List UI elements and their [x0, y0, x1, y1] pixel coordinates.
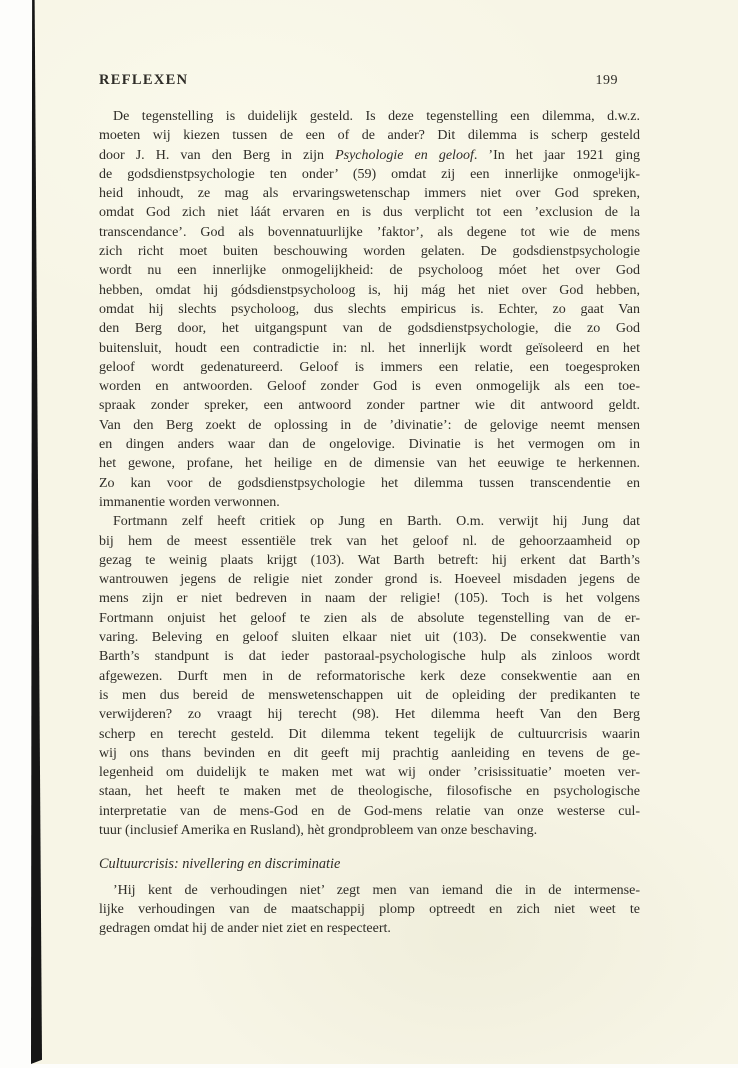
text-line: tuur (inclusief Amerika en Rusland), hèt…	[99, 821, 640, 840]
text-line: staan, het heeft te maken met de theolog…	[99, 782, 640, 801]
text-line: het gewone, profane, het heilige en de d…	[99, 454, 640, 473]
text-line: mens zijn er niet bedreven in naam der r…	[99, 589, 640, 608]
text-line: scherp en terecht gesteld. Dit dilemma t…	[99, 725, 640, 744]
text-line: worden en antwoorden. Geloof zonder God …	[99, 377, 640, 396]
paragraph-1: De tegenstelling is duidelijk gesteld. I…	[99, 107, 640, 512]
text-line: De tegenstelling is duidelijk gesteld. I…	[99, 107, 640, 126]
text-line: Zo kan voor de godsdienstpsychologie het…	[99, 474, 640, 493]
text-line: Fortmann onjuist het geloof te zien als …	[99, 609, 640, 628]
text-line: afgewezen. Durft men in de reformatorisc…	[99, 667, 640, 686]
text-line: geloof wordt gedenatureerd. Geloof is im…	[99, 358, 640, 377]
text-line: de godsdienstpsychologie ten onder’ (59)…	[99, 165, 640, 184]
text-segment: . ’In het jaar 1921 ging	[474, 148, 640, 163]
text-line: gezag te weinig plaats krijgt (103). Wat…	[99, 551, 640, 570]
scanned-book-page: REFLEXEN 199 De tegenstelling is duideli…	[0, 0, 738, 1068]
text-line: wordt nu een innerlijke onmogelijkheid: …	[99, 261, 640, 280]
text-line: buitensluit, houdt een contradictie in: …	[99, 339, 640, 358]
text-line: is men dus bereid de menswetenschappen u…	[99, 686, 640, 705]
text-line-with-book-title: door J. H. van den Berg in zijn Psycholo…	[99, 146, 640, 165]
text-line: lijke verhoudingen van de maatschappij p…	[99, 900, 640, 919]
paragraph-1-continuation: de godsdienstpsychologie ten onder’ (59)…	[99, 165, 640, 512]
running-title: REFLEXEN	[99, 72, 188, 89]
text-line: Van den Berg zoekt de oplossing in de ’d…	[99, 416, 640, 435]
text-line: wantrouwen jegens de religie niet zonder…	[99, 570, 640, 589]
text-line: den Berg door, het uitgangspunt van de g…	[99, 319, 640, 338]
book-title-italic: Psychologie en geloof	[335, 148, 474, 163]
text-line: hebben, omdat hij gódsdienstpsycholoog i…	[99, 281, 640, 300]
body-text: De tegenstelling is duidelijk gesteld. I…	[99, 107, 640, 938]
text-line: transcendance’. God als bovennatuurlijke…	[99, 223, 640, 242]
text-line: heid inhoudt, ze mag als ervaringswetens…	[99, 184, 640, 203]
section-heading: Cultuurcrisis: nivellering en discrimina…	[99, 855, 640, 874]
text-line: verwijderen? zo vraagt hij terecht (98).…	[99, 705, 640, 724]
text-line: ’Hij kent de verhoudingen niet’ zegt men…	[99, 881, 640, 900]
text-line: Barth’s standpunt is dat ieder pastoraal…	[99, 647, 640, 666]
text-line: immanentie worden verwonnen.	[99, 493, 640, 512]
text-line: Fortmann zelf heeft critiek op Jung en B…	[99, 512, 640, 531]
text-line: moeten wij kiezen tussen de een of de an…	[99, 126, 640, 145]
page-header: REFLEXEN 199	[99, 72, 640, 89]
paragraph-2: Fortmann zelf heeft critiek op Jung en B…	[99, 512, 640, 840]
text-line: omdat hij slechts psycholoog, dus slecht…	[99, 300, 640, 319]
text-line: zich richt moet buiten beschouwing worde…	[99, 242, 640, 261]
text-line: omdat God zich niet láát ervaren en is d…	[99, 203, 640, 222]
page-number: 199	[596, 73, 619, 89]
text-line: legenheid om duidelijk te maken met wat …	[99, 763, 640, 782]
text-line: spraak zonder spreker, een antwoord zond…	[99, 396, 640, 415]
text-line: varing. Beleving en geloof sluiten elkaa…	[99, 628, 640, 647]
scan-bottom-edge	[0, 1064, 738, 1068]
text-line: bij hem de meest essentiële trek van het…	[99, 532, 640, 551]
text-line: interpretatie van de mens-God en de God-…	[99, 802, 640, 821]
paragraph-1-opening: De tegenstelling is duidelijk gesteld. I…	[99, 107, 640, 146]
text-line: gedragen omdat hij de ander niet ziet en…	[99, 919, 640, 938]
paragraph-3: ’Hij kent de verhoudingen niet’ zegt men…	[99, 881, 640, 939]
text-segment: door J. H. van den Berg in zijn	[99, 148, 335, 163]
text-line: en dingen anders waar dan de ongelovige.…	[99, 435, 640, 454]
text-line: wij ons thans bevinden en dit geeft mij …	[99, 744, 640, 763]
